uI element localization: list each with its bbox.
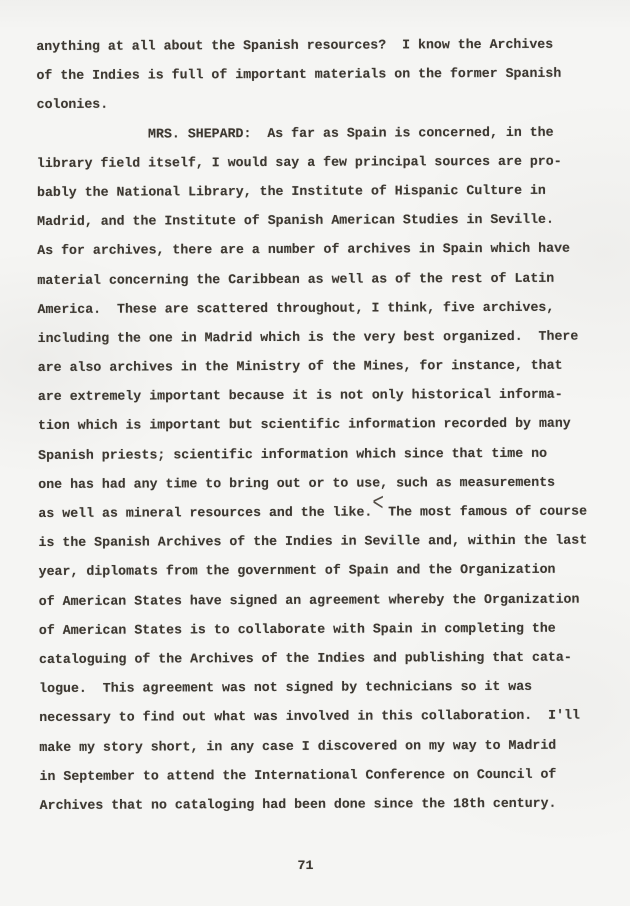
typed-line: anything at all about the Spanish resour…	[36, 30, 606, 62]
typed-line-speaker: MRS. SHEPARD: As far as Spain is concern…	[37, 117, 607, 149]
typed-line: necessary to find out what was involved …	[39, 701, 609, 733]
typed-line: one has had any time to bring out or to …	[38, 467, 608, 499]
insertion-caret-mark: <	[372, 485, 385, 524]
typed-line: of American States is to collaborate wit…	[39, 613, 609, 645]
typed-line: As for archives, there are a number of a…	[37, 234, 607, 266]
typed-line: is the Spanish Archives of the Indies in…	[38, 526, 608, 558]
scanned-page: anything at all about the Spanish resour…	[0, 0, 630, 906]
typed-line: Spanish priests; scientific information …	[38, 438, 608, 470]
typed-line: bably the National Library, the Institut…	[37, 175, 607, 207]
typed-line: year, diplomats from the government of S…	[39, 555, 609, 587]
typed-text-block: anything at all about the Spanish resour…	[36, 30, 609, 821]
typed-line: make my story short, in any case I disco…	[39, 730, 609, 762]
typed-line: colonies.	[37, 88, 607, 120]
typed-line: in September to attend the International…	[39, 759, 609, 791]
typed-line: including the one in Madrid which is the…	[38, 321, 608, 353]
typed-line: cataloguing of the Archives of the Indie…	[39, 642, 609, 674]
typed-line: Archives that no cataloging had been don…	[40, 788, 610, 820]
typed-line: logue. This agreement was not signed by …	[39, 672, 609, 704]
typed-line: material concerning the Caribbean as wel…	[37, 263, 607, 295]
typed-line: as well as mineral resources and the lik…	[38, 497, 608, 529]
typed-line: are also archives in the Ministry of the…	[38, 351, 608, 383]
typed-line: tion which is important but scientific i…	[38, 409, 608, 441]
typed-line: of American States have signed an agreem…	[39, 584, 609, 616]
typed-line: Madrid, and the Institute of Spanish Ame…	[37, 205, 607, 237]
page-number: 71	[38, 858, 573, 873]
typed-line: of the Indies is full of important mater…	[36, 59, 606, 91]
typed-line: library field itself, I would say a few …	[37, 146, 607, 178]
typed-line: are extremely important because it is no…	[38, 380, 608, 412]
typed-line: America. These are scattered throughout,…	[37, 292, 607, 324]
